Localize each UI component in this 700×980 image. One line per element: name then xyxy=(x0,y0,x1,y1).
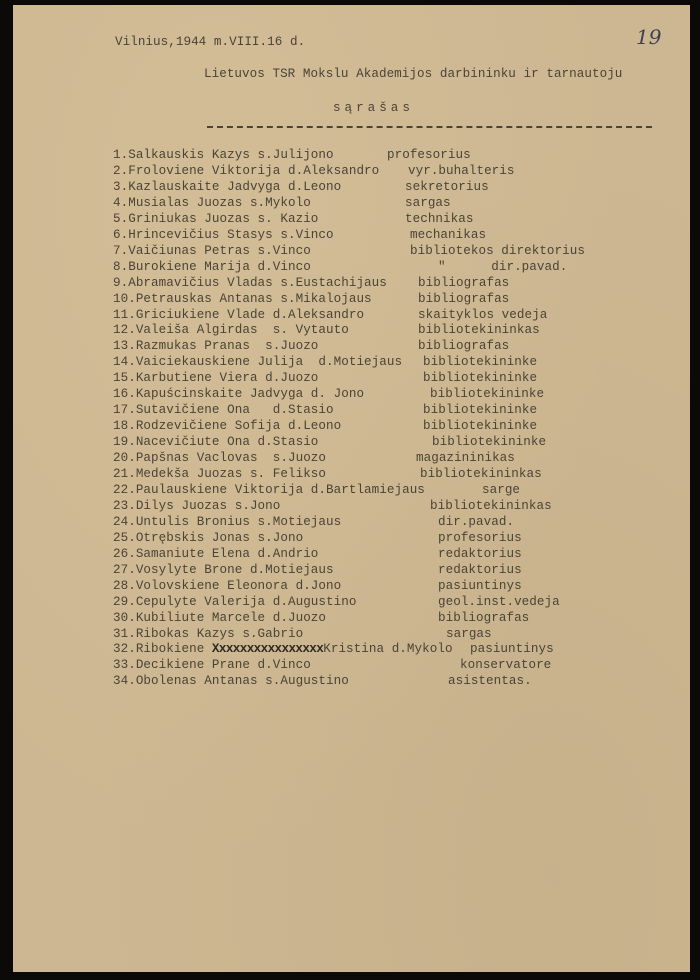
employee-name: 34.Obolenas Antanas s.Augustino xyxy=(113,675,349,688)
list-item: 30.Kubiliute Marcele d.Juozobibliografas xyxy=(13,612,690,628)
employee-name: 5.Griniukas Juozas s. Kazio xyxy=(113,213,318,226)
employee-full-name: Abramavičius Vladas s.Eustachijaus xyxy=(128,276,387,290)
list-item: 27.Vosylyte Brone d.Motiejausredaktorius xyxy=(13,564,690,580)
list-item: 26.Samaniute Elena d.Andrioredaktorius xyxy=(13,548,690,564)
employee-name: 15.Karbutiene Viera d.Juozo xyxy=(113,372,318,385)
employee-position: technikas xyxy=(405,213,473,226)
employee-name-continued: Kristina d.Mykolo xyxy=(323,642,452,656)
employee-position: sargas xyxy=(446,628,492,641)
employee-position: dir.pavad. xyxy=(438,516,514,529)
employee-position: bibliotekininke xyxy=(430,388,544,401)
employee-position: asistentas. xyxy=(448,675,532,688)
employee-name: 31.Ribokas Kazys s.Gabrio xyxy=(113,628,303,641)
entry-number: 16. xyxy=(113,387,136,401)
employee-full-name: Griniukas Juozas s. Kazio xyxy=(128,212,318,226)
employee-full-name: Musialas Juozas s.Mykolo xyxy=(128,196,311,210)
list-item: 3.Kazlauskaite Jadvyga d.Leonosekretoriu… xyxy=(13,181,690,197)
employee-full-name: Paulauskiene Viktorija d.Bartlamiejaus xyxy=(136,483,425,497)
entry-number: 24. xyxy=(113,515,136,529)
employee-position: " dir.pavad. xyxy=(438,261,567,274)
employee-position: sekretorius xyxy=(405,181,489,194)
employee-full-name: Karbutiene Viera d.Juozo xyxy=(136,371,319,385)
entry-number: 2. xyxy=(113,164,128,178)
list-item: 9.Abramavičius Vladas s.Eustachijausbibl… xyxy=(13,277,690,293)
entry-number: 8. xyxy=(113,260,128,274)
employee-name: 11.Griciukiene Vlade d.Aleksandro xyxy=(113,309,364,322)
employee-full-name: Obolenas Antanas s.Augustino xyxy=(136,674,349,688)
employee-position: bibliotekos direktorius xyxy=(410,245,585,258)
employee-full-name: Hrincevičius Stasys s.Vinco xyxy=(128,228,333,242)
list-item: 25.Otrębskis Jonas s.Jonoprofesorius xyxy=(13,532,690,548)
document-title: sąrašas xyxy=(333,102,414,115)
title-underline-divider xyxy=(207,126,652,128)
employee-full-name: Volovskiene Eleonora d.Jono xyxy=(136,579,341,593)
employee-name: 14.Vaiciekauskiene Julija d.Motiejaus xyxy=(113,356,402,369)
employee-name: 27.Vosylyte Brone d.Motiejaus xyxy=(113,564,334,577)
employee-position: bibliotekininke xyxy=(423,356,537,369)
entry-number: 29. xyxy=(113,595,136,609)
employee-full-name: Ribokas Kazys s.Gabrio xyxy=(136,627,303,641)
entry-number: 3. xyxy=(113,180,128,194)
employee-position: bibliografas xyxy=(438,612,529,625)
employee-name: 3.Kazlauskaite Jadvyga d.Leono xyxy=(113,181,341,194)
employee-name: 17.Sutavičiene Ona d.Stasio xyxy=(113,404,334,417)
employee-position: profesorius xyxy=(438,532,522,545)
employee-position: vyr.buhalteris xyxy=(408,165,515,178)
employee-name: 6.Hrincevičius Stasys s.Vinco xyxy=(113,229,334,242)
employee-full-name: Otrębskis Jonas s.Jono xyxy=(136,531,303,545)
list-item: 11.Griciukiene Vlade d.Aleksandroskaityk… xyxy=(13,309,690,325)
list-item: 5.Griniukas Juozas s. Kaziotechnikas xyxy=(13,213,690,229)
entry-number: 25. xyxy=(113,531,136,545)
entry-number: 14. xyxy=(113,355,136,369)
employee-full-name: Razmukas Pranas s.Juozo xyxy=(136,339,319,353)
document-heading: Lietuvos TSR Mokslu Akademijos darbinink… xyxy=(204,68,622,81)
employee-full-name: Decikiene Prane d.Vinco xyxy=(136,658,311,672)
entry-number: 4. xyxy=(113,196,128,210)
employee-full-name: Cepulyte Valerija d.Augustino xyxy=(136,595,357,609)
employee-full-name: Vaičiunas Petras s.Vinco xyxy=(128,244,311,258)
employee-position: magazininikas xyxy=(416,452,515,465)
employee-full-name: Petrauskas Antanas s.Mikalojaus xyxy=(136,292,372,306)
employee-full-name: Papšnas Vaclovas s.Juozo xyxy=(136,451,326,465)
list-item: 10.Petrauskas Antanas s.Mikalojausbiblio… xyxy=(13,293,690,309)
employee-full-name: Salkauskis Kazys s.Julijono xyxy=(128,148,333,162)
employee-position: sargas xyxy=(405,197,451,210)
list-item: 21.Medekša Juozas s. Feliksobibliotekini… xyxy=(13,468,690,484)
entry-number: 32. xyxy=(113,642,136,656)
employee-position: geol.inst.vedeja xyxy=(438,596,560,609)
employee-name: 7.Vaičiunas Petras s.Vinco xyxy=(113,245,311,258)
entry-number: 17. xyxy=(113,403,136,417)
list-item: 23.Dilys Juozas s.Jonobibliotekininkas xyxy=(13,500,690,516)
employee-position: skaityklos vedeja xyxy=(418,309,547,322)
list-item: 34.Obolenas Antanas s.Augustinoasistenta… xyxy=(13,675,690,691)
list-item: 20.Papšnas Vaclovas s.Juozomagazininikas xyxy=(13,452,690,468)
employee-full-name: Medekša Juozas s. Felikso xyxy=(136,467,326,481)
employee-full-name: Dilys Juozas s.Jono xyxy=(136,499,281,513)
employee-position: pasiuntinys xyxy=(438,580,522,593)
list-item: 8.Burokiene Marija d.Vinco" dir.pavad. xyxy=(13,261,690,277)
entry-number: 11. xyxy=(113,308,136,322)
list-item: 29.Cepulyte Valerija d.Augustinogeol.ins… xyxy=(13,596,690,612)
employee-name: 29.Cepulyte Valerija d.Augustino xyxy=(113,596,356,609)
employee-position: mechanikas xyxy=(410,229,486,242)
employee-full-name: Vosylyte Brone d.Motiejaus xyxy=(136,563,334,577)
employee-position: bibliotekininke xyxy=(432,436,546,449)
entry-number: 9. xyxy=(113,276,128,290)
entry-number: 26. xyxy=(113,547,136,561)
employee-name: 16.Kapuścinskaite Jadvyga d. Jono xyxy=(113,388,364,401)
employee-position: profesorius xyxy=(387,149,471,162)
list-item: 31.Ribokas Kazys s.Gabriosargas xyxy=(13,628,690,644)
entry-number: 23. xyxy=(113,499,136,513)
employee-position: bibliografas xyxy=(418,277,509,290)
employee-name: 19.Nacevičiute Ona d.Stasio xyxy=(113,436,318,449)
list-item: 14.Vaiciekauskiene Julija d.Motiejausbib… xyxy=(13,356,690,372)
list-item: 16.Kapuścinskaite Jadvyga d. Jonobibliot… xyxy=(13,388,690,404)
employee-position: bibliografas xyxy=(418,293,509,306)
list-item: 6.Hrincevičius Stasys s.Vincomechanikas xyxy=(13,229,690,245)
date-line: Vilnius,1944 m.VIII.16 d. xyxy=(115,36,305,49)
employee-name: 22.Paulauskiene Viktorija d.Bartlamiejau… xyxy=(113,484,425,497)
employee-full-name: Kazlauskaite Jadvyga d.Leono xyxy=(128,180,341,194)
employee-name: 20.Papšnas Vaclovas s.Juozo xyxy=(113,452,326,465)
employee-name: 26.Samaniute Elena d.Andrio xyxy=(113,548,318,561)
list-item: 18.Rodzevičiene Sofija d.Leonobiblioteki… xyxy=(13,420,690,436)
employee-position: bibliotekininkas xyxy=(420,468,542,481)
employee-full-name: Kubiliute Marcele d.Juozo xyxy=(136,611,326,625)
employee-full-name: Samaniute Elena d.Andrio xyxy=(136,547,319,561)
employee-full-name: Froloviene Viktorija d.Aleksandro xyxy=(128,164,379,178)
entry-number: 30. xyxy=(113,611,136,625)
employee-name: 28.Volovskiene Eleonora d.Jono xyxy=(113,580,341,593)
entry-number: 31. xyxy=(113,627,136,641)
employee-name: 25.Otrębskis Jonas s.Jono xyxy=(113,532,303,545)
entry-number: 28. xyxy=(113,579,136,593)
employee-name: 1.Salkauskis Kazys s.Julijono xyxy=(113,149,334,162)
employee-position: redaktorius xyxy=(438,564,522,577)
employee-name: 21.Medekša Juozas s. Felikso xyxy=(113,468,326,481)
list-item: 12.Valeiša Algirdas s. Vytautobiblioteki… xyxy=(13,324,690,340)
employee-position: sarge xyxy=(482,484,520,497)
entry-number: 20. xyxy=(113,451,136,465)
struck-out-text: Xxxxxxxxxxxxxxxx xyxy=(212,642,323,656)
employee-name: 24.Untulis Bronius s.Motiejaus xyxy=(113,516,341,529)
employee-name: 30.Kubiliute Marcele d.Juozo xyxy=(113,612,326,625)
employee-full-name: Burokiene Marija d.Vinco xyxy=(128,260,311,274)
document-page: 19 Vilnius,1944 m.VIII.16 d. Lietuvos TS… xyxy=(13,5,690,972)
employee-name: 10.Petrauskas Antanas s.Mikalojaus xyxy=(113,293,372,306)
entry-number: 12. xyxy=(113,323,136,337)
employee-position: bibliotekininke xyxy=(423,372,537,385)
list-item: 2.Froloviene Viktorija d.Aleksandrovyr.b… xyxy=(13,165,690,181)
employee-full-name: Rodzevičiene Sofija d.Leono xyxy=(136,419,341,433)
employee-name: 18.Rodzevičiene Sofija d.Leono xyxy=(113,420,341,433)
list-item: 32.Ribokiene XxxxxxxxxxxxxxxxKristina d.… xyxy=(13,643,690,659)
entry-number: 13. xyxy=(113,339,136,353)
entry-number: 5. xyxy=(113,212,128,226)
employee-full-name: Vaiciekauskiene Julija d.Motiejaus xyxy=(136,355,402,369)
entry-number: 6. xyxy=(113,228,128,242)
entry-number: 10. xyxy=(113,292,136,306)
employee-position: pasiuntinys xyxy=(470,643,554,656)
employee-name: 4.Musialas Juozas s.Mykolo xyxy=(113,197,311,210)
list-item: 7.Vaičiunas Petras s.Vincobibliotekos di… xyxy=(13,245,690,261)
employee-position: bibliotekininke xyxy=(423,404,537,417)
entry-number: 19. xyxy=(113,435,136,449)
employee-name: 23.Dilys Juozas s.Jono xyxy=(113,500,280,513)
employee-name: 9.Abramavičius Vladas s.Eustachijaus xyxy=(113,277,387,290)
employee-name: 13.Razmukas Pranas s.Juozo xyxy=(113,340,318,353)
employee-full-name: Untulis Bronius s.Motiejaus xyxy=(136,515,341,529)
entry-number: 21. xyxy=(113,467,136,481)
entry-number: 7. xyxy=(113,244,128,258)
employee-name: 32.Ribokiene XxxxxxxxxxxxxxxxKristina d.… xyxy=(113,643,453,656)
entry-number: 15. xyxy=(113,371,136,385)
entry-number: 18. xyxy=(113,419,136,433)
entry-number: 27. xyxy=(113,563,136,577)
entry-number: 1. xyxy=(113,148,128,162)
employee-full-name: Valeiša Algirdas s. Vytauto xyxy=(136,323,349,337)
employee-position: konservatore xyxy=(460,659,551,672)
employee-full-name: Griciukiene Vlade d.Aleksandro xyxy=(136,308,364,322)
employee-name: 8.Burokiene Marija d.Vinco xyxy=(113,261,311,274)
employee-position: redaktorius xyxy=(438,548,522,561)
employee-position: bibliotekininke xyxy=(423,420,537,433)
employee-full-name: Kapuścinskaite Jadvyga d. Jono xyxy=(136,387,364,401)
list-item: 19.Nacevičiute Ona d.Stasiobibliotekinin… xyxy=(13,436,690,452)
employee-position: bibliografas xyxy=(418,340,509,353)
employee-name: 12.Valeiša Algirdas s. Vytauto xyxy=(113,324,349,337)
employee-position: bibliotekininkas xyxy=(430,500,552,513)
entry-number: 33. xyxy=(113,658,136,672)
list-item: 15.Karbutiene Viera d.Juozobibliotekinin… xyxy=(13,372,690,388)
employee-full-name: Ribokiene xyxy=(136,642,204,656)
employee-full-name: Sutavičiene Ona d.Stasio xyxy=(136,403,334,417)
list-item: 33.Decikiene Prane d.Vincokonservatore xyxy=(13,659,690,675)
handwritten-page-number: 19 xyxy=(636,25,661,49)
list-item: 28.Volovskiene Eleonora d.Jonopasiuntiny… xyxy=(13,580,690,596)
employee-full-name: Nacevičiute Ona d.Stasio xyxy=(136,435,319,449)
list-item: 24.Untulis Bronius s.Motiejausdir.pavad. xyxy=(13,516,690,532)
list-item: 22.Paulauskiene Viktorija d.Bartlamiejau… xyxy=(13,484,690,500)
list-item: 1.Salkauskis Kazys s.Julijonoprofesorius xyxy=(13,149,690,165)
employee-name: 33.Decikiene Prane d.Vinco xyxy=(113,659,311,672)
list-item: 13.Razmukas Pranas s.Juozobibliografas xyxy=(13,340,690,356)
employee-name: 2.Froloviene Viktorija d.Aleksandro xyxy=(113,165,379,178)
list-item: 17.Sutavičiene Ona d.Stasiobibliotekinin… xyxy=(13,404,690,420)
entry-number: 34. xyxy=(113,674,136,688)
list-item: 4.Musialas Juozas s.Mykolosargas xyxy=(13,197,690,213)
employee-position: bibliotekininkas xyxy=(418,324,540,337)
entry-number: 22. xyxy=(113,483,136,497)
